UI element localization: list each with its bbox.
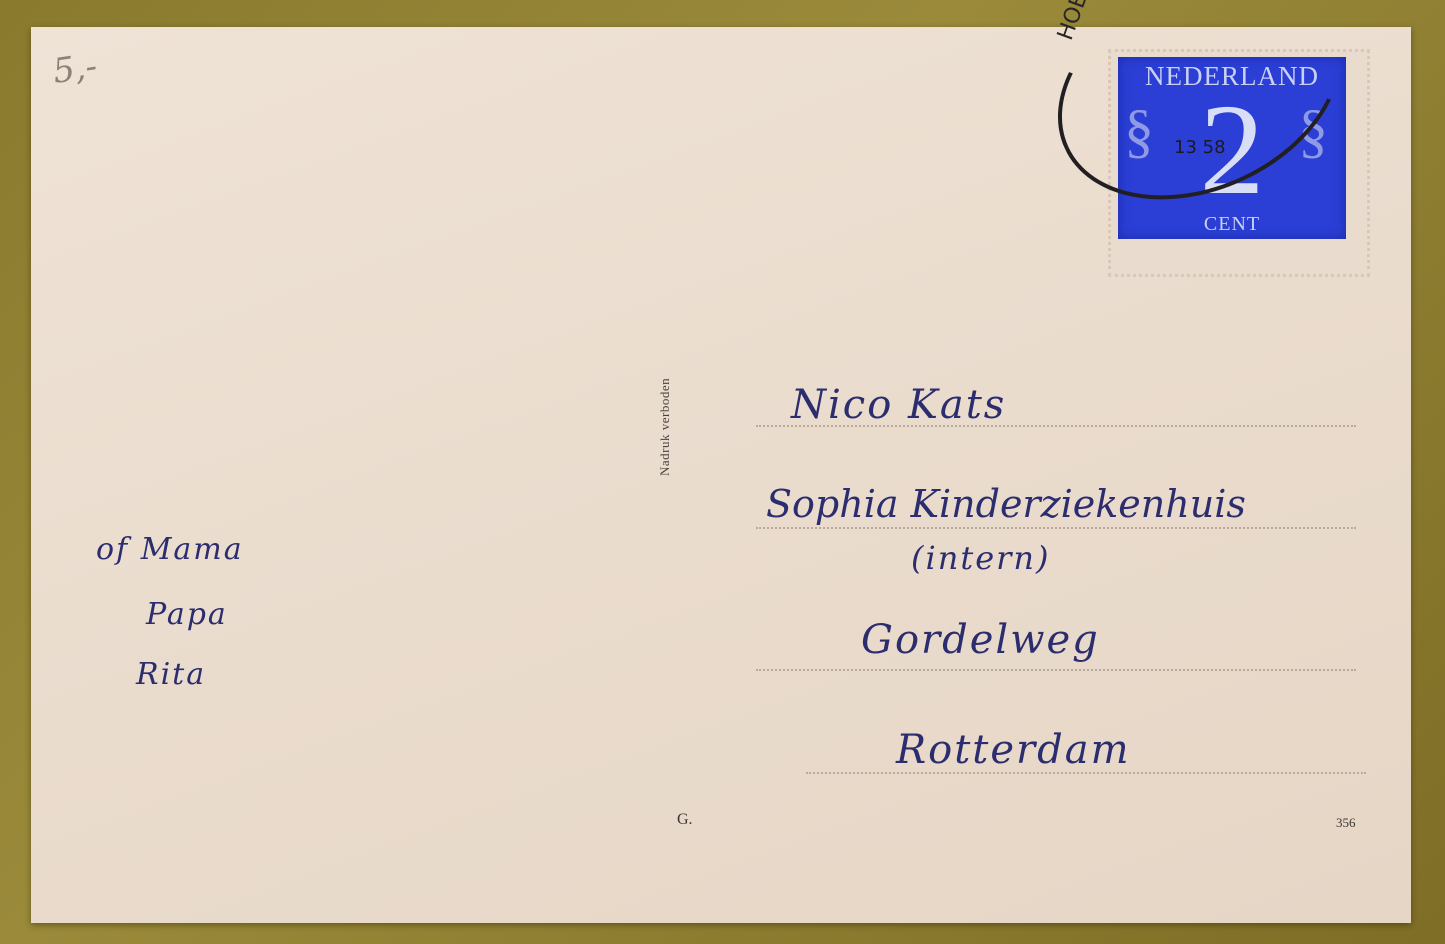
address-department: (intern) [911, 539, 1051, 577]
printer-mark: G. [677, 811, 693, 829]
sender-line: Rita [136, 657, 206, 692]
postcard: 5,- Nadruk verboden of Mama Papa Rita Ni… [31, 27, 1411, 923]
address-institution: Sophia Kinderziekenhuis [766, 482, 1246, 526]
address-street: Gordelweg [861, 617, 1100, 663]
sender-line: Papa [146, 597, 228, 632]
stamp-unit: CENT [1118, 213, 1346, 236]
address-name: Nico Kats [791, 382, 1006, 428]
postmark-date: 13 58 [1174, 137, 1226, 158]
pencil-price-note: 5,- [50, 46, 99, 92]
address-city: Rotterdam [896, 727, 1131, 773]
sender-line: of Mama [96, 532, 244, 567]
divider-text: Nadruk verboden [657, 327, 677, 527]
postmark-town: HOEK [1053, 0, 1098, 44]
address-rule [756, 527, 1356, 529]
address-rule [756, 669, 1356, 671]
card-number: 356 [1336, 815, 1356, 831]
